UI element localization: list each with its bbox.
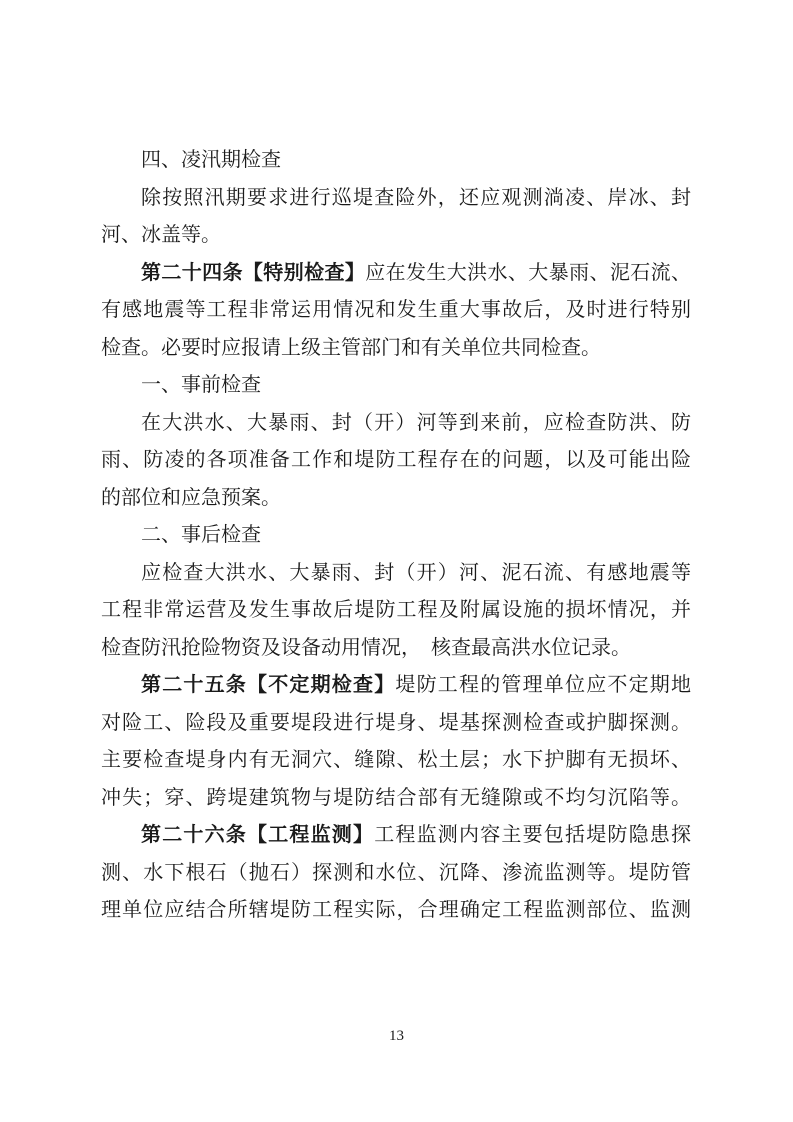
text-line: 第二十四条【特别检查】应在发生大洪水、大暴雨、泥石流、 (101, 255, 691, 293)
text-line: 冲失；穿、跨堤建筑物与堤防结合部有无缝隙或不均匀沉陷等。 (101, 780, 691, 818)
document-text: 四、凌汛期检查除按照汛期要求进行巡堤查险外，还应观测淌凌、岸冰、封河、冰盖等。第… (101, 142, 691, 930)
body-text: 冲失；穿、跨堤建筑物与堤防结合部有无缝隙或不均匀沉陷等。 (101, 787, 691, 809)
text-line: 雨、防凌的各项准备工作和堤防工程存在的问题，以及可能出险 (101, 442, 691, 480)
body-text: 一、事前检查 (141, 374, 261, 396)
body-text: 在大洪水、大暴雨、封（开）河等到来前，应检查防洪、防 (141, 412, 691, 434)
body-text: 四、凌汛期检查 (141, 149, 281, 171)
text-line: 一、事前检查 (101, 367, 691, 405)
body-text: 河、冰盖等。 (101, 224, 221, 246)
article-heading: 第二十五条【不定期检查】 (141, 674, 395, 696)
text-line: 主要检查堤身内有无洞穴、缝隙、松土层；水下护脚有无损坏、 (101, 742, 691, 780)
text-line: 河、冰盖等。 (101, 217, 691, 255)
text-line: 四、凌汛期检查 (101, 142, 691, 180)
text-line: 除按照汛期要求进行巡堤查险外，还应观测淌凌、岸冰、封 (101, 180, 691, 218)
body-text: 检查防汛抢险物资及设备动用情况， 核查最高洪水位记录。 (101, 637, 631, 659)
text-line: 第二十五条【不定期检查】堤防工程的管理单位应不定期地 (101, 667, 691, 705)
page-number: 13 (0, 1026, 793, 1046)
body-text: 工程非常运营及发生事故后堤防工程及附属设施的损坏情况，并 (101, 599, 691, 621)
text-line: 工程非常运营及发生事故后堤防工程及附属设施的损坏情况，并 (101, 592, 691, 630)
document-page: 四、凌汛期检查除按照汛期要求进行巡堤查险外，还应观测淌凌、岸冰、封河、冰盖等。第… (0, 0, 793, 1122)
body-text: 检查。必要时应报请上级主管部门和有关单位共同检查。 (101, 337, 601, 359)
article-heading: 第二十四条【特别检查】 (141, 262, 365, 284)
text-line: 的部位和应急预案。 (101, 480, 691, 518)
body-text: 工程监测内容主要包括堤防隐患探 (374, 824, 691, 846)
body-text: 的部位和应急预案。 (101, 487, 281, 509)
body-text: 应在发生大洪水、大暴雨、泥石流、 (365, 262, 691, 284)
text-line: 第二十六条【工程监测】工程监测内容主要包括堤防隐患探 (101, 817, 691, 855)
text-line: 有感地震等工程非常运用情况和发生重大事故后，及时进行特别 (101, 292, 691, 330)
body-text: 应检查大洪水、大暴雨、封（开）河、泥石流、有感地震等 (141, 562, 691, 584)
text-line: 理单位应结合所辖堤防工程实际，合理确定工程监测部位、监测 (101, 892, 691, 930)
body-text: 主要检查堤身内有无洞穴、缝隙、松土层；水下护脚有无损坏、 (101, 749, 691, 771)
body-text: 堤防工程的管理单位应不定期地 (395, 674, 691, 696)
body-text: 除按照汛期要求进行巡堤查险外，还应观测淌凌、岸冰、封 (141, 187, 691, 209)
text-line: 对险工、险段及重要堤段进行堤身、堤基探测检查或护脚探测。 (101, 705, 691, 743)
body-text: 对险工、险段及重要堤段进行堤身、堤基探测检查或护脚探测。 (101, 712, 691, 734)
text-line: 检查防汛抢险物资及设备动用情况， 核查最高洪水位记录。 (101, 630, 691, 668)
text-line: 二、事后检查 (101, 517, 691, 555)
body-text: 雨、防凌的各项准备工作和堤防工程存在的问题，以及可能出险 (101, 449, 691, 471)
body-text: 测、水下根石（抛石）探测和水位、沉降、渗流监测等。堤防管 (101, 862, 691, 884)
body-text: 理单位应结合所辖堤防工程实际，合理确定工程监测部位、监测 (101, 899, 691, 921)
text-line: 应检查大洪水、大暴雨、封（开）河、泥石流、有感地震等 (101, 555, 691, 593)
text-line: 在大洪水、大暴雨、封（开）河等到来前，应检查防洪、防 (101, 405, 691, 443)
body-text: 二、事后检查 (141, 524, 261, 546)
text-line: 检查。必要时应报请上级主管部门和有关单位共同检查。 (101, 330, 691, 368)
body-text: 有感地震等工程非常运用情况和发生重大事故后，及时进行特别 (101, 299, 691, 321)
text-line: 测、水下根石（抛石）探测和水位、沉降、渗流监测等。堤防管 (101, 855, 691, 893)
article-heading: 第二十六条【工程监测】 (141, 824, 374, 846)
